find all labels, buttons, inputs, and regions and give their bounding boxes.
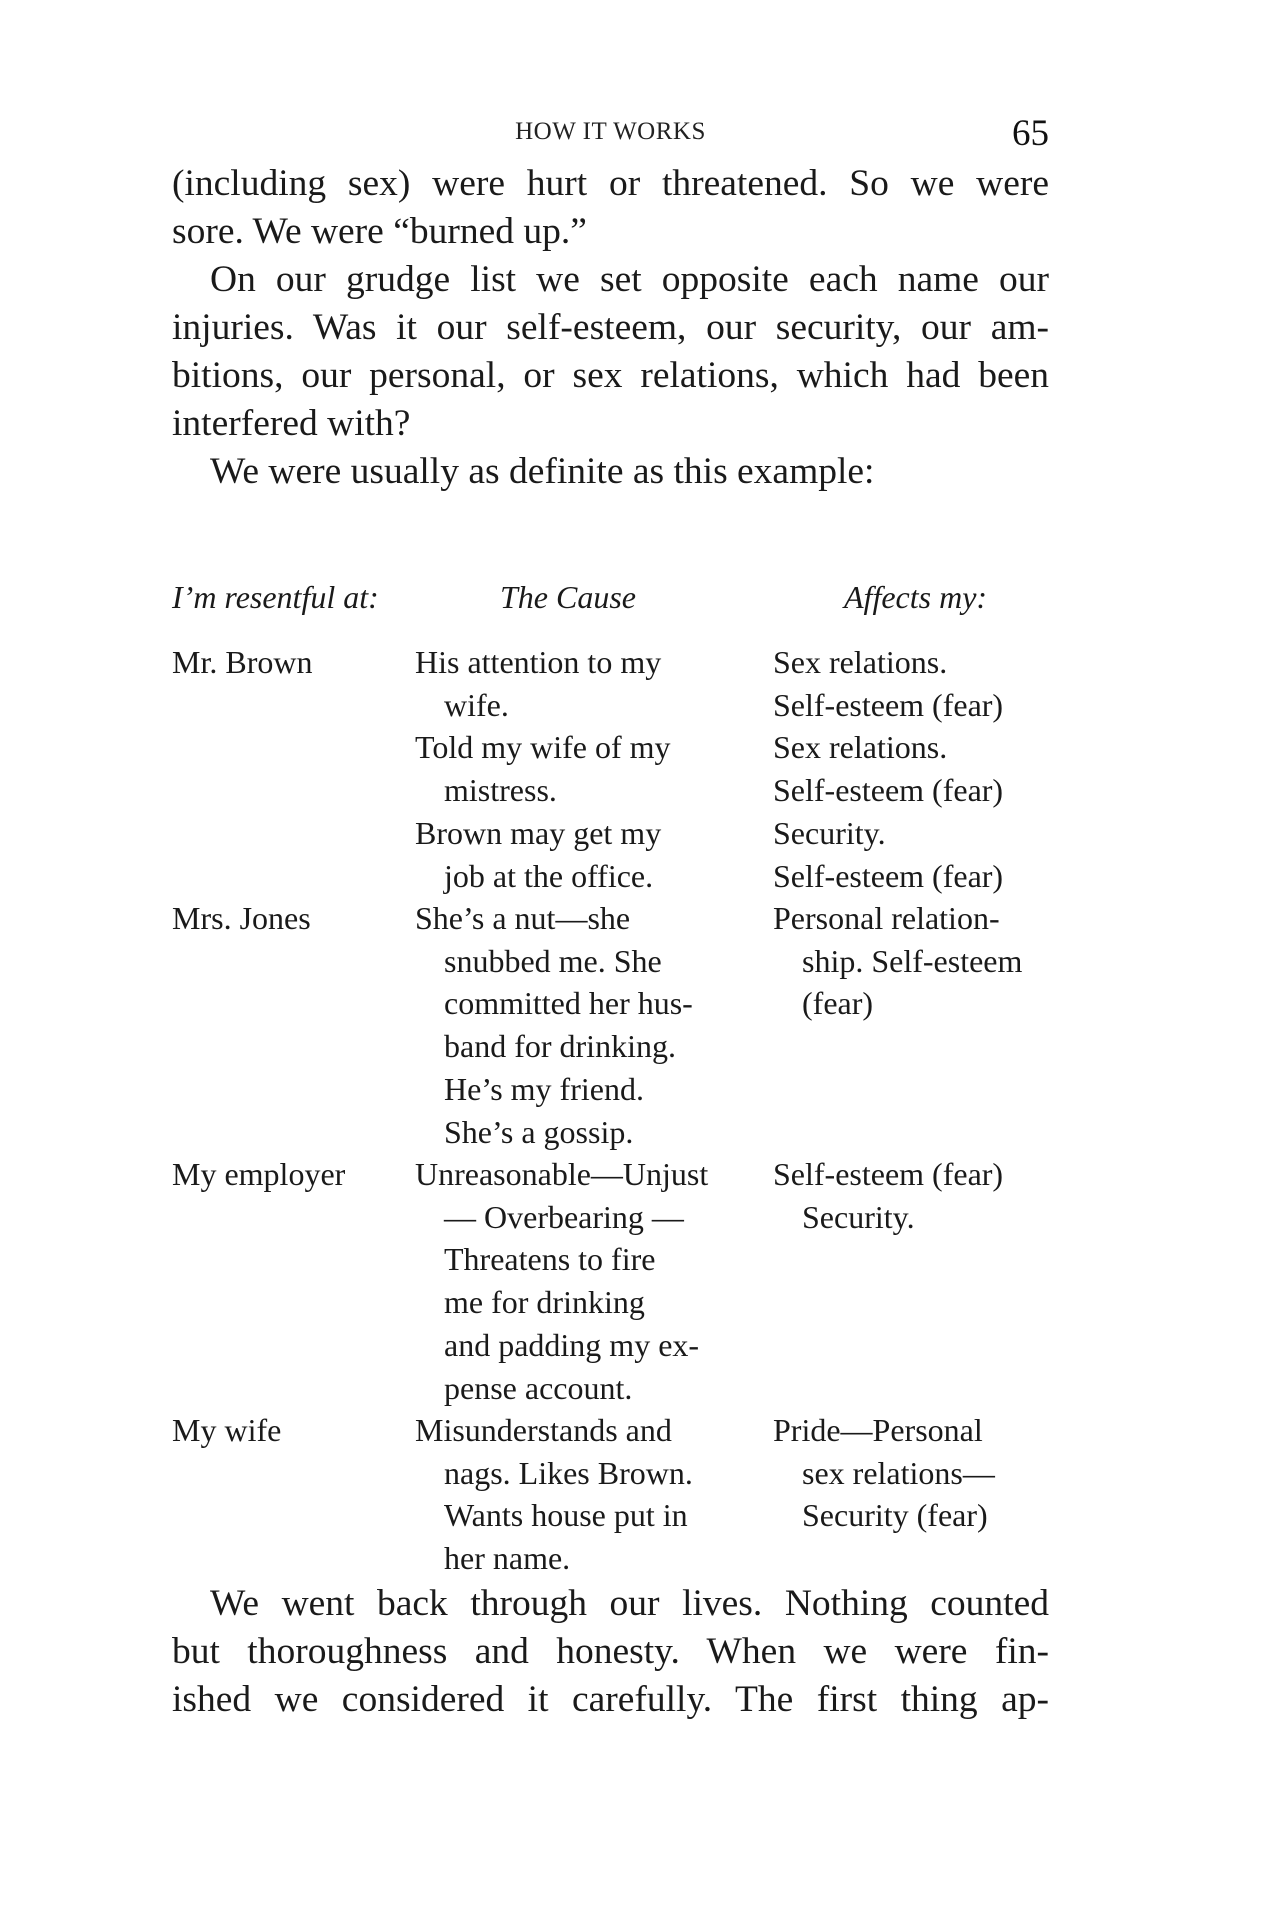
- affects-line: Security (fear): [773, 1494, 995, 1537]
- text-line: interfered with?: [172, 400, 1049, 448]
- paragraph-review: We went back through our lives. Nothing …: [172, 1580, 1049, 1724]
- text-line: bitions, our personal, or sex relations,…: [172, 352, 1049, 400]
- cause-line: job at the office.: [415, 855, 671, 898]
- affects-line: Sex relations.: [773, 641, 1003, 684]
- affects-line: (fear): [773, 982, 1022, 1025]
- affects-line: Security.: [773, 1196, 1003, 1239]
- affects-cell: Sex relations. Self-esteem (fear) Sex re…: [773, 641, 1003, 897]
- affects-cell: Personal relation- ship. Self-esteem (fe…: [773, 897, 1022, 1025]
- cause-line: pense account.: [415, 1367, 708, 1410]
- person-cell: Mrs. Jones: [172, 897, 311, 940]
- affects-line: Self-esteem (fear): [773, 684, 1003, 727]
- affects-line: Self-esteem (fear): [773, 1153, 1003, 1196]
- cause-cell: His attention to my wife. Told my wife o…: [415, 641, 671, 897]
- cause-line: committed her hus-: [415, 982, 693, 1025]
- cause-line: wife.: [415, 684, 671, 727]
- cause-line: Threatens to fire: [415, 1238, 708, 1281]
- cause-line: She’s a gossip.: [415, 1111, 693, 1154]
- cause-line: mistress.: [415, 769, 671, 812]
- text-line: We were usually as definite as this exam…: [172, 448, 1049, 496]
- cause-cell: Unreasonable—Unjust — Overbearing — Thre…: [415, 1153, 708, 1409]
- cause-line: her name.: [415, 1537, 693, 1580]
- cause-line: She’s a nut—she: [415, 897, 693, 940]
- cause-line: Unreasonable—Unjust: [415, 1153, 708, 1196]
- text-line: ished we considered it carefully. The fi…: [172, 1676, 1049, 1724]
- affects-line: Security.: [773, 812, 1003, 855]
- person-cell: Mr. Brown: [172, 641, 312, 684]
- cause-line: His attention to my: [415, 641, 671, 684]
- paragraph-example-intro: We were usually as definite as this exam…: [172, 448, 1049, 496]
- affects-line: Self-esteem (fear): [773, 855, 1003, 898]
- text-line: (including sex) were hurt or threatened.…: [172, 160, 1049, 208]
- cause-line: nags. Likes Brown.: [415, 1452, 693, 1495]
- affects-cell: Self-esteem (fear) Security.: [773, 1153, 1003, 1238]
- text-line: We went back through our lives. Nothing …: [172, 1580, 1049, 1628]
- person-cell: My employer: [172, 1153, 345, 1196]
- affects-line: Sex relations.: [773, 726, 1003, 769]
- cause-line: Told my wife of my: [415, 726, 671, 769]
- cause-line: and padding my ex-: [415, 1324, 708, 1367]
- affects-line: sex relations—: [773, 1452, 995, 1495]
- text-line: but thoroughness and honesty. When we we…: [172, 1628, 1049, 1676]
- affects-cell: Pride—Personal sex relations— Security (…: [773, 1409, 995, 1537]
- text-line: sore. We were “burned up.”: [172, 208, 1049, 256]
- affects-line: Self-esteem (fear): [773, 769, 1003, 812]
- column-header-affects: Affects my:: [844, 579, 987, 616]
- cause-cell: Misunderstands and nags. Likes Brown. Wa…: [415, 1409, 693, 1580]
- page-number: 65: [1012, 112, 1049, 155]
- column-header-resentful-at: I’m resentful at:: [172, 579, 379, 616]
- running-title: HOW IT WORKS: [172, 118, 1049, 146]
- running-head: HOW IT WORKS 65: [172, 112, 1049, 152]
- affects-line: ship. Self-esteem: [773, 940, 1022, 983]
- cause-line: — Overbearing —: [415, 1196, 708, 1239]
- cause-line: He’s my friend.: [415, 1068, 693, 1111]
- paragraph-continuation: (including sex) were hurt or threatened.…: [172, 160, 1049, 256]
- affects-line: Pride—Personal: [773, 1409, 995, 1452]
- person-cell: My wife: [172, 1409, 281, 1452]
- cause-line: Wants house put in: [415, 1494, 693, 1537]
- cause-line: Misunderstands and: [415, 1409, 693, 1452]
- cause-cell: She’s a nut—she snubbed me. She committe…: [415, 897, 693, 1153]
- cause-line: Brown may get my: [415, 812, 671, 855]
- paragraph-grudge-list: On our grudge list we set opposite each …: [172, 256, 1049, 448]
- text-line: On our grudge list we set opposite each …: [172, 256, 1049, 304]
- cause-line: snubbed me. She: [415, 940, 693, 983]
- cause-line: band for drinking.: [415, 1025, 693, 1068]
- text-line: injuries. Was it our self-esteem, our se…: [172, 304, 1049, 352]
- column-header-cause: The Cause: [500, 579, 636, 616]
- cause-line: me for drinking: [415, 1281, 708, 1324]
- affects-line: Personal relation-: [773, 897, 1022, 940]
